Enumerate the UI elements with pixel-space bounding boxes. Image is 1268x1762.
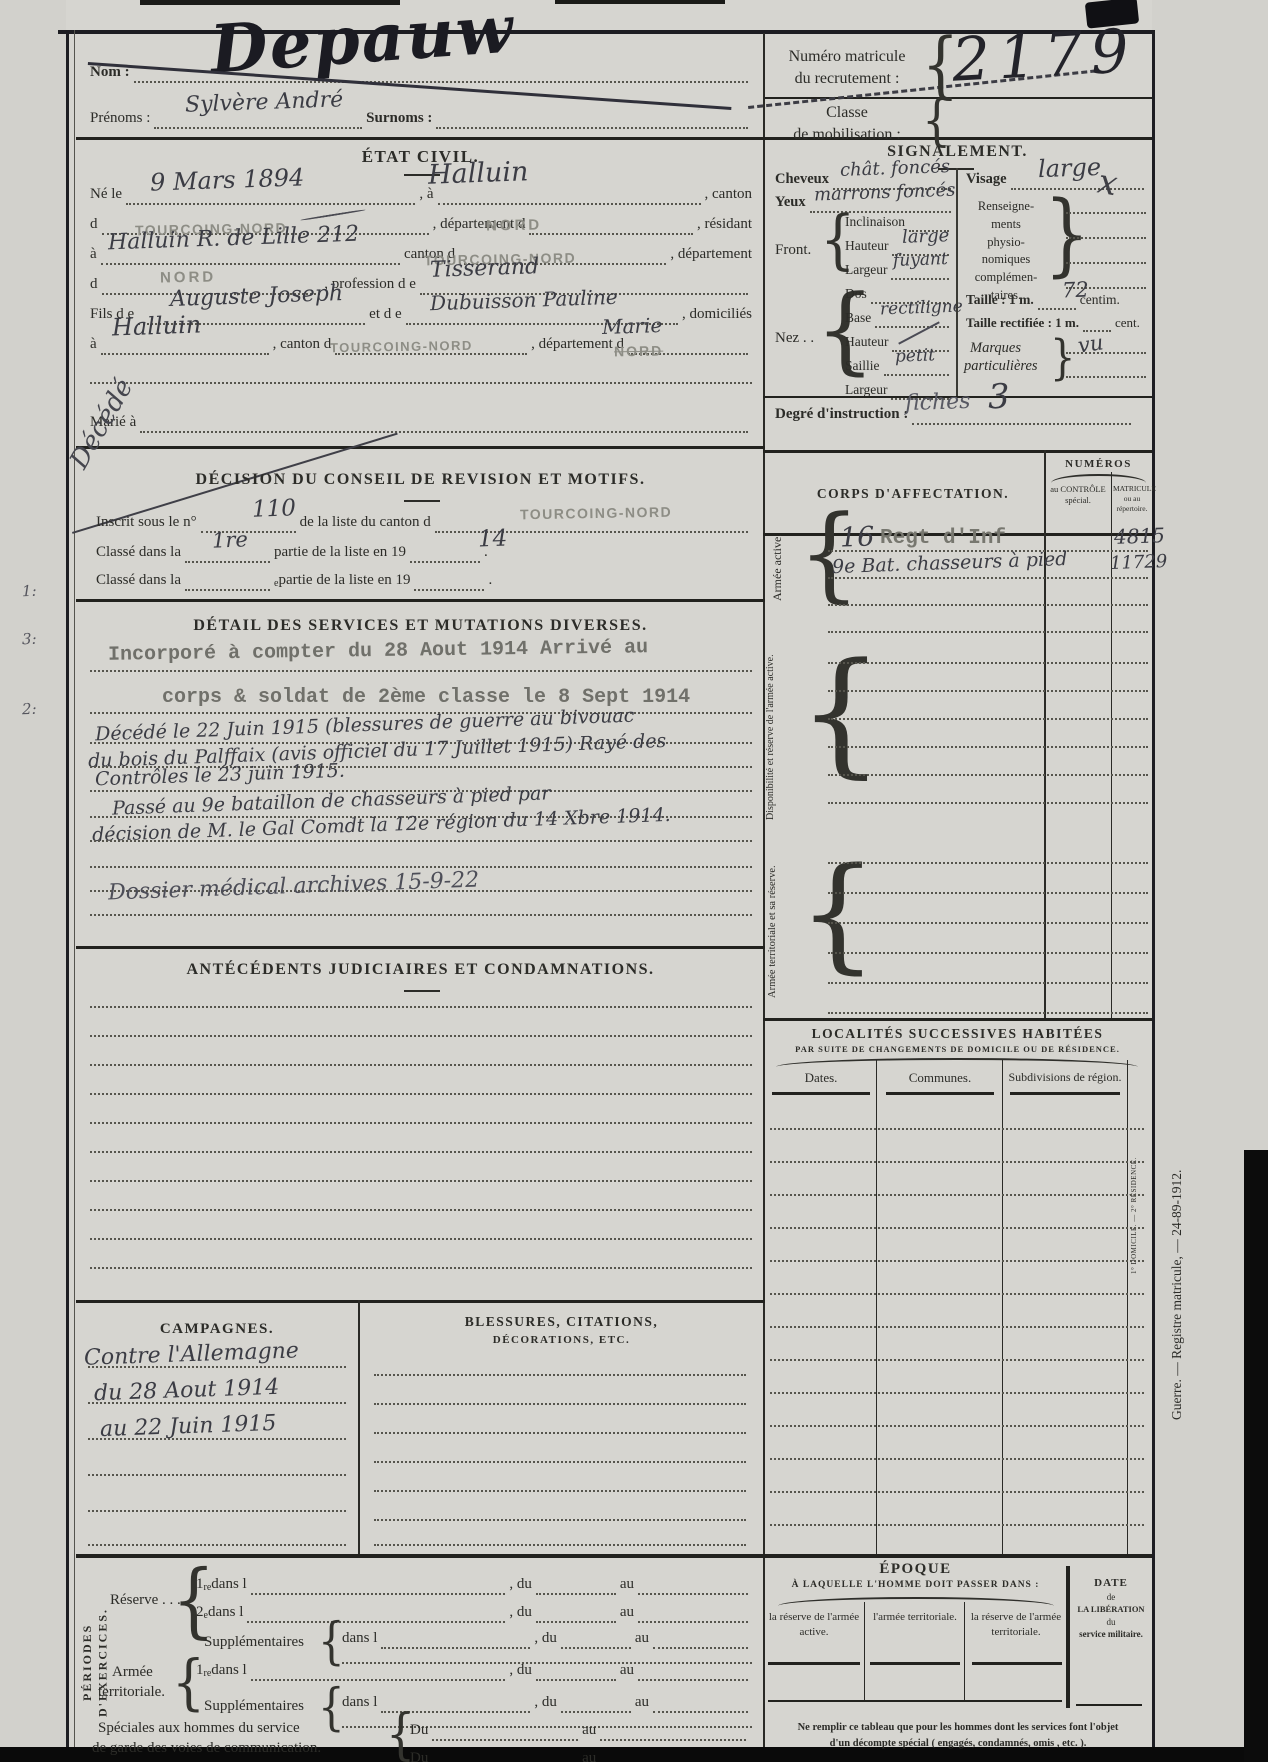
- canton-label: , canton: [705, 186, 752, 205]
- dans-l-label: dans l: [342, 1630, 377, 1649]
- dotted-line: [432, 1755, 578, 1762]
- inscrit-numero-value: 110: [252, 497, 297, 522]
- du-label: Du: [410, 1750, 428, 1762]
- dans-l-label: dans l: [208, 1604, 243, 1623]
- dotted-line: [90, 1064, 752, 1066]
- au-label: au: [620, 1662, 634, 1681]
- campagne-entry: du 28 Aout 1914: [94, 1377, 280, 1405]
- blessures-subtitle: DÉCORATIONS, ETC.: [360, 1334, 763, 1348]
- dotted-line: [828, 802, 1148, 804]
- epoque-col3-header: la réserve de l'armée territoriale.: [966, 1610, 1066, 1640]
- speciales-row-1: Du au: [410, 1722, 750, 1741]
- dotted-line: [247, 1609, 505, 1623]
- nom-value: Depauw: [208, 0, 517, 83]
- classe-label: Classé dans la: [96, 572, 181, 591]
- dotted-line: [828, 662, 1148, 664]
- dotted-line: [770, 1326, 1144, 1328]
- dotted-line: [770, 1293, 1144, 1295]
- cheveux-value: chât. foncés: [840, 158, 951, 180]
- corps-row2-value: 9e Bat. chasseurs à pied: [832, 550, 1068, 577]
- brace: {: [798, 652, 884, 774]
- departement-stamp: NORD: [486, 218, 542, 234]
- row-num: 1: [196, 1662, 204, 1681]
- au-label: au: [582, 1750, 596, 1762]
- dotted-line: [600, 1727, 746, 1741]
- heavy-vline: [1066, 1566, 1070, 1708]
- dotted-line: [90, 1267, 752, 1269]
- dotted-line: [828, 952, 1148, 954]
- dotted-line: [1066, 212, 1146, 214]
- matricule-label-2: du recrutement :: [772, 68, 922, 90]
- table-vline: [876, 1060, 877, 1554]
- degre-scribble: fiches: [905, 391, 971, 415]
- naissance-lieu-value: Halluin: [428, 158, 529, 188]
- taille-label: Taille : 1 m.: [966, 293, 1034, 310]
- nez-saillie-value: petit: [895, 347, 936, 365]
- yeux-value: marrons foncés: [814, 182, 956, 205]
- table-vline: [864, 1602, 865, 1700]
- column-divider: [763, 33, 765, 1747]
- dotted-line: [90, 1035, 752, 1037]
- et-de-label: et d e: [369, 306, 401, 325]
- epoque-note-line: Ne remplir ce tableau que pour les homme…: [770, 1720, 1146, 1736]
- col-underline: [772, 1092, 870, 1095]
- dotted-line: [251, 1667, 506, 1681]
- du-label: , du: [509, 1604, 532, 1623]
- services-title: DÉTAIL DES SERVICES ET MUTATIONS DIVERSE…: [76, 616, 765, 636]
- dotted-line: [88, 1474, 346, 1476]
- section-rule: [76, 1554, 1152, 1558]
- dotted-line: [536, 1609, 616, 1623]
- epoque-note-line: d'un décompte spécial ( engagés, condamn…: [770, 1736, 1146, 1752]
- dotted-line: [828, 577, 1148, 579]
- departement-stamp-struck: NORD: [614, 344, 663, 359]
- degre-value: 3: [987, 380, 1010, 415]
- header-bottom-rule: [76, 137, 1152, 140]
- section-rule: [76, 446, 765, 449]
- dotted-line: [374, 1490, 746, 1492]
- dotted-line: [828, 746, 1148, 748]
- dotted-line: [374, 1374, 746, 1376]
- dotted-line: [436, 115, 748, 129]
- nez-label: Nez . .: [775, 330, 814, 347]
- residant-label: , résidant: [697, 216, 752, 235]
- numeros-header: NUMÉROS: [1045, 458, 1152, 472]
- domicilies-label: , domiciliés: [682, 306, 752, 325]
- section-rule: [76, 946, 765, 949]
- corps-row2-matricule: 11729: [1110, 553, 1168, 573]
- row-sup: re: [204, 1668, 212, 1681]
- dos-label: Dos: [845, 287, 867, 304]
- brace: {: [318, 1684, 345, 1729]
- dotted-line: [88, 1544, 346, 1546]
- section-rule: [763, 1018, 1152, 1021]
- dotted-line: [770, 1458, 1144, 1460]
- renseignements-line: complémen-: [966, 269, 1046, 287]
- supplementaires-label: Supplémentaires: [204, 1634, 304, 1651]
- degre-instruction-label: Degré d'instruction :: [775, 406, 908, 425]
- classe1-partie-value: 1re: [212, 529, 249, 551]
- profession-value: Tisserand: [430, 256, 540, 282]
- dotted-line: [529, 221, 693, 235]
- row-num: 2: [196, 1604, 204, 1623]
- taille-value: 72: [1062, 280, 1089, 302]
- localites-subtitle: PAR SUITE DE CHANGEMENTS DE DOMICILE OU …: [763, 1044, 1152, 1055]
- canton-d-label: , canton d: [273, 336, 332, 355]
- date-line: LA LIBÉRATION: [1072, 1604, 1150, 1616]
- dotted-line: [770, 1128, 1144, 1130]
- section-rule: [763, 450, 1152, 453]
- dotted-line: [410, 549, 480, 563]
- dotted-line: [90, 1006, 752, 1008]
- dotted-line: [600, 1755, 746, 1762]
- speciales-row-2: Du au: [410, 1750, 750, 1762]
- dotted-line: [828, 631, 1148, 633]
- brace: {: [172, 1564, 215, 1637]
- renseignements-line: ments: [966, 216, 1046, 234]
- inclinaison-label: Inclinaison: [845, 215, 905, 232]
- col-underline: [972, 1662, 1062, 1665]
- renseignements-label: Renseigne- ments physio- nomiques complé…: [966, 198, 1046, 305]
- mere-value: Dubuisson Pauline: [430, 287, 618, 314]
- naissance-date-value: 9 Mars 1894: [150, 165, 305, 194]
- d-label: d: [90, 216, 98, 235]
- au-label: au: [620, 1604, 634, 1623]
- dossier-medical-note: Dossier médical archives 15-9-22: [108, 870, 480, 905]
- dotted-line: [770, 1392, 1144, 1394]
- a-label: à: [90, 336, 97, 355]
- dotted-line: [561, 1699, 631, 1713]
- brace: }: [1050, 336, 1075, 379]
- dotted-line: [374, 1544, 746, 1546]
- saillie-label: Saillie: [845, 359, 880, 376]
- marques-value: vu: [1077, 332, 1105, 356]
- dotted-line: [638, 1609, 748, 1623]
- date-line: DATE: [1072, 1576, 1150, 1591]
- dans-l-label: dans l: [211, 1662, 246, 1681]
- dotted-line: [414, 577, 484, 591]
- dotted-line: [770, 1260, 1144, 1262]
- dotted-line: [90, 670, 752, 672]
- front-hauteur-value: large: [902, 227, 950, 247]
- prenoms-value: Sylvère André: [185, 89, 344, 117]
- col-underline: [870, 1662, 960, 1665]
- speciales-label-1: Spéciales aux hommes du service: [98, 1720, 300, 1737]
- dans-l-label: dans l: [211, 1576, 246, 1595]
- visage-value: large: [1038, 155, 1102, 181]
- dotted-line: [88, 1510, 346, 1512]
- title-rule: [404, 500, 440, 502]
- margin-mark: 3:: [22, 632, 37, 648]
- localites-title: LOCALITÉS SUCCESSIVES HABITÉES: [763, 1026, 1152, 1043]
- brace: {: [922, 96, 951, 146]
- row-line: [768, 1700, 1062, 1702]
- ne-le-label: Né le: [90, 186, 122, 205]
- dotted-line: [770, 1524, 1144, 1526]
- dotted-line: [1066, 376, 1146, 378]
- dotted-line: [536, 1581, 616, 1595]
- dotted-line: [374, 1403, 746, 1405]
- col-underline: [886, 1092, 994, 1095]
- dotted-line: [828, 892, 1148, 894]
- header-brace-curve: [1051, 474, 1146, 483]
- date-line: de: [1072, 1591, 1150, 1604]
- dotted-line: [828, 982, 1148, 984]
- table-vline: [1044, 450, 1046, 1020]
- dotted-line: [90, 1180, 752, 1182]
- classe-label: Classé dans la: [96, 544, 181, 563]
- marques-label-2: particulières: [964, 358, 1038, 375]
- scan-right-bar: [1244, 1150, 1268, 1762]
- hauteur-label: Hauteur: [845, 335, 888, 352]
- inscrit-suite-label: de la liste du canton d: [300, 514, 431, 533]
- canton-stamp: TOURCOING-NORD: [520, 505, 672, 522]
- supplementaires-label: Supplémentaires: [204, 1698, 304, 1715]
- margin-mark: 2:: [22, 702, 37, 718]
- dotted-line: [536, 1667, 616, 1681]
- title-rule: [404, 990, 440, 992]
- matricule-value: 2179: [951, 21, 1139, 91]
- etat-civil-title: ÉTAT CIVIL.: [76, 146, 765, 167]
- du-label: , du: [509, 1662, 532, 1681]
- classe2-line: Classé dans la e partie de la liste en 1…: [96, 572, 656, 591]
- classe-label: Classe de mobilisation :: [772, 102, 922, 145]
- dotted-line: [1066, 237, 1146, 239]
- dotted-line: [438, 191, 701, 205]
- groupe-disponibilite-label: Disponibilité et réserve de l'armée acti…: [764, 645, 777, 830]
- dotted-line: [374, 1432, 746, 1434]
- departement-label: , département: [670, 246, 752, 265]
- dotted-line: [653, 1635, 748, 1649]
- renseignements-line: physio-: [966, 234, 1046, 252]
- corps-row1-value: Regt d'Inf: [880, 528, 1006, 549]
- du-label: , du: [509, 1576, 532, 1595]
- dotted-line: [828, 862, 1148, 864]
- incorporation-stamp-1: Incorporé à compter du 28 Aout 1914 Arri…: [108, 638, 648, 666]
- dotted-line: [828, 1012, 1148, 1014]
- margin-mark: 1:: [22, 584, 37, 600]
- scan-edge-mark: [555, 0, 725, 4]
- armee-territoriale-label-2: territoriale.: [98, 1684, 165, 1701]
- epoque-note: Ne remplir ce tableau que pour les homme…: [770, 1720, 1146, 1753]
- period: .: [488, 572, 492, 591]
- visage-label: Visage: [966, 172, 1007, 190]
- dotted-line: [770, 1425, 1144, 1427]
- departement-stamp: NORD: [160, 270, 216, 286]
- territoriale-row-1: 1 re dans l , du au: [196, 1662, 752, 1681]
- matricule-label: Numéro matricule du recrutement :: [772, 46, 922, 89]
- frame-left-inner: [74, 30, 75, 1747]
- classe1-line: Classé dans la partie de la liste en 19 …: [96, 544, 656, 563]
- classe-label-1: Classe: [772, 102, 922, 124]
- dotted-line: [90, 914, 752, 916]
- nez-base-value: rectiligne: [880, 299, 963, 319]
- groupe-territoriale-label: Armée territoriale et sa réserve.: [766, 852, 780, 1012]
- hauteur-label: Hauteur: [845, 239, 888, 256]
- marie-line: Marié à: [90, 414, 752, 433]
- matricule-label-1: Numéro matricule: [772, 46, 922, 68]
- col-communes-header: Communes.: [878, 1070, 1002, 1086]
- au-label: au: [635, 1630, 649, 1649]
- d-label: d: [90, 276, 98, 295]
- date-line: du: [1072, 1616, 1150, 1629]
- canton-stamp: TOURCOING-NORD: [330, 339, 473, 354]
- controle-special-header: au CONTRÔLE spécial.: [1047, 484, 1109, 507]
- campagnes-title: CAMPAGNES.: [76, 1320, 358, 1339]
- col-underline: [768, 1662, 860, 1665]
- dotted-line: [140, 419, 748, 433]
- col-underline: [1010, 1092, 1120, 1095]
- epoque-col1-header: la réserve de l'armée active.: [766, 1610, 862, 1640]
- dotted-line: [90, 1151, 752, 1153]
- registre-matricule-page: Nom : Depauw Prénoms : Surnoms : Sylvère…: [0, 0, 1268, 1762]
- left-margin-band: [0, 0, 66, 1762]
- signalement-divider: [956, 168, 958, 398]
- corps-row1-matricule: 4815: [1114, 525, 1166, 547]
- section-rule: [76, 599, 765, 602]
- renseignements-line: nomiques: [966, 251, 1046, 269]
- frame-left: [66, 30, 69, 1747]
- dotted-line: [770, 1491, 1144, 1493]
- dotted-line: [638, 1667, 748, 1681]
- decision-title: DÉCISION DU CONSEIL DE REVISION ET MOTIF…: [76, 470, 765, 490]
- dotted-line: [638, 1581, 748, 1595]
- dotted-line: [1066, 262, 1146, 264]
- reserve-row-2: 2 e dans l , du au: [196, 1604, 752, 1623]
- dotted-line: [90, 1209, 752, 1211]
- reserve-row-1: 1 re dans l , du au: [196, 1576, 752, 1595]
- dotted-line: [90, 1122, 752, 1124]
- dotted-line: [828, 690, 1148, 692]
- table-vline: [1002, 1060, 1003, 1554]
- col-domicile-residence-header: 1° DOMICILE. — 2° RÉSIDENCE.: [1130, 1066, 1139, 1366]
- speciales-label-2: de garde des voies de communication.: [92, 1740, 321, 1757]
- dotted-line: [770, 1161, 1144, 1163]
- armee-territoriale-label-1: Armée: [112, 1664, 153, 1681]
- section-rule: [76, 1300, 765, 1303]
- a-label: à: [90, 246, 97, 265]
- taille-line: Taille : 1 m. centim.: [966, 293, 1152, 310]
- au-label: au: [635, 1694, 649, 1713]
- header-brace-curve: [778, 1597, 1054, 1606]
- dotted-line: [185, 577, 270, 591]
- date-liberation-header: DATE de LA LIBÉRATION du service militai…: [1072, 1576, 1150, 1641]
- surnoms-label: Surnoms :: [366, 110, 432, 129]
- matricule-header: MATRICULE ou au répertoire.: [1113, 484, 1151, 514]
- dotted-line: [90, 840, 752, 842]
- brace: {: [318, 1618, 345, 1663]
- dotted-line: [770, 1359, 1144, 1361]
- inscrit-label: Inscrit sous le n°: [96, 514, 197, 533]
- epoque-subtitle: À LAQUELLE L'HOMME DOIT PASSER DANS :: [763, 1580, 1068, 1592]
- imprimeur-note: Guerre. — Registre matricule, — 24-89-19…: [1168, 1080, 1186, 1510]
- groupe-armee-active-label: Armée active.: [770, 505, 786, 630]
- dotted-line: [828, 774, 1148, 776]
- classe-suite-label: partie de la liste en 19: [274, 544, 406, 563]
- dotted-line: [828, 718, 1148, 720]
- epoque-col2-header: l'armée territoriale.: [866, 1610, 964, 1625]
- date-line: service militaire.: [1072, 1628, 1150, 1641]
- col-subdivisions-header: Subdivisions de région.: [1004, 1070, 1126, 1085]
- dotted-line: [432, 1727, 578, 1741]
- dotted-line: [90, 1238, 752, 1240]
- dans-l-label: dans l: [342, 1694, 377, 1713]
- col-dates-header: Dates.: [766, 1070, 876, 1086]
- renseignements-line: Renseigne-: [966, 198, 1046, 216]
- dotted-line: [381, 1635, 530, 1649]
- dotted-line: [770, 1227, 1144, 1229]
- dotted-line: [374, 1519, 746, 1521]
- dotted-line: [770, 1194, 1144, 1196]
- dotted-line: [251, 1581, 506, 1595]
- header-brace-curve: [776, 1058, 1138, 1067]
- table-vline: [1127, 1060, 1128, 1554]
- dotted-line: [828, 922, 1148, 924]
- dotted-line: [90, 1093, 752, 1095]
- antecedents-title: ANTÉCÉDENTS JUDICIAIRES ET CONDAMNATIONS…: [76, 960, 765, 980]
- pere-value: Auguste Joseph: [170, 283, 344, 311]
- front-largeur-value: fuyant: [893, 251, 948, 270]
- corps-row1-prefix: 16: [840, 523, 875, 551]
- classe-suite-label: partie de la liste en 19: [278, 572, 410, 591]
- marques-label-1: Marques: [970, 340, 1021, 357]
- dotted-line: [828, 604, 1148, 606]
- front-label: Front.: [775, 242, 811, 259]
- supplementaires-row: dans l , du au: [342, 1630, 752, 1649]
- dotted-line: [561, 1635, 631, 1649]
- cent-label: cent.: [1115, 316, 1140, 332]
- row-num: 1: [196, 1576, 204, 1595]
- blessures-title: BLESSURES, CITATIONS,: [360, 1314, 763, 1331]
- yeux-label: Yeux: [775, 195, 806, 213]
- dotted-line: [90, 866, 752, 868]
- au-label: au: [582, 1722, 596, 1741]
- dotted-line: [374, 1461, 746, 1463]
- campagne-entry: au 22 Juin 1915: [100, 1413, 277, 1441]
- prenoms-label: Prénoms :: [90, 110, 150, 129]
- dotted-line: [90, 382, 752, 384]
- du-label: Du: [410, 1722, 428, 1741]
- domicile-value: Halluin: [112, 312, 202, 339]
- reserve-label: Réserve . . .: [110, 1592, 181, 1609]
- row-sup: re: [204, 1582, 212, 1595]
- mere-suite-value: Marie: [602, 315, 663, 337]
- table-vline: [964, 1602, 965, 1700]
- du-label: , du: [534, 1694, 557, 1713]
- dotted-line: [653, 1699, 748, 1713]
- frame-right: [1152, 30, 1155, 1747]
- dotted-line: [101, 341, 269, 355]
- epoque-title: ÉPOQUE: [763, 1560, 1068, 1579]
- au-label: au: [620, 1576, 634, 1595]
- row-line: [1076, 1704, 1142, 1706]
- du-label: , du: [534, 1630, 557, 1649]
- classe1-annee-value: 14: [478, 527, 508, 551]
- base-label: Base: [845, 311, 871, 328]
